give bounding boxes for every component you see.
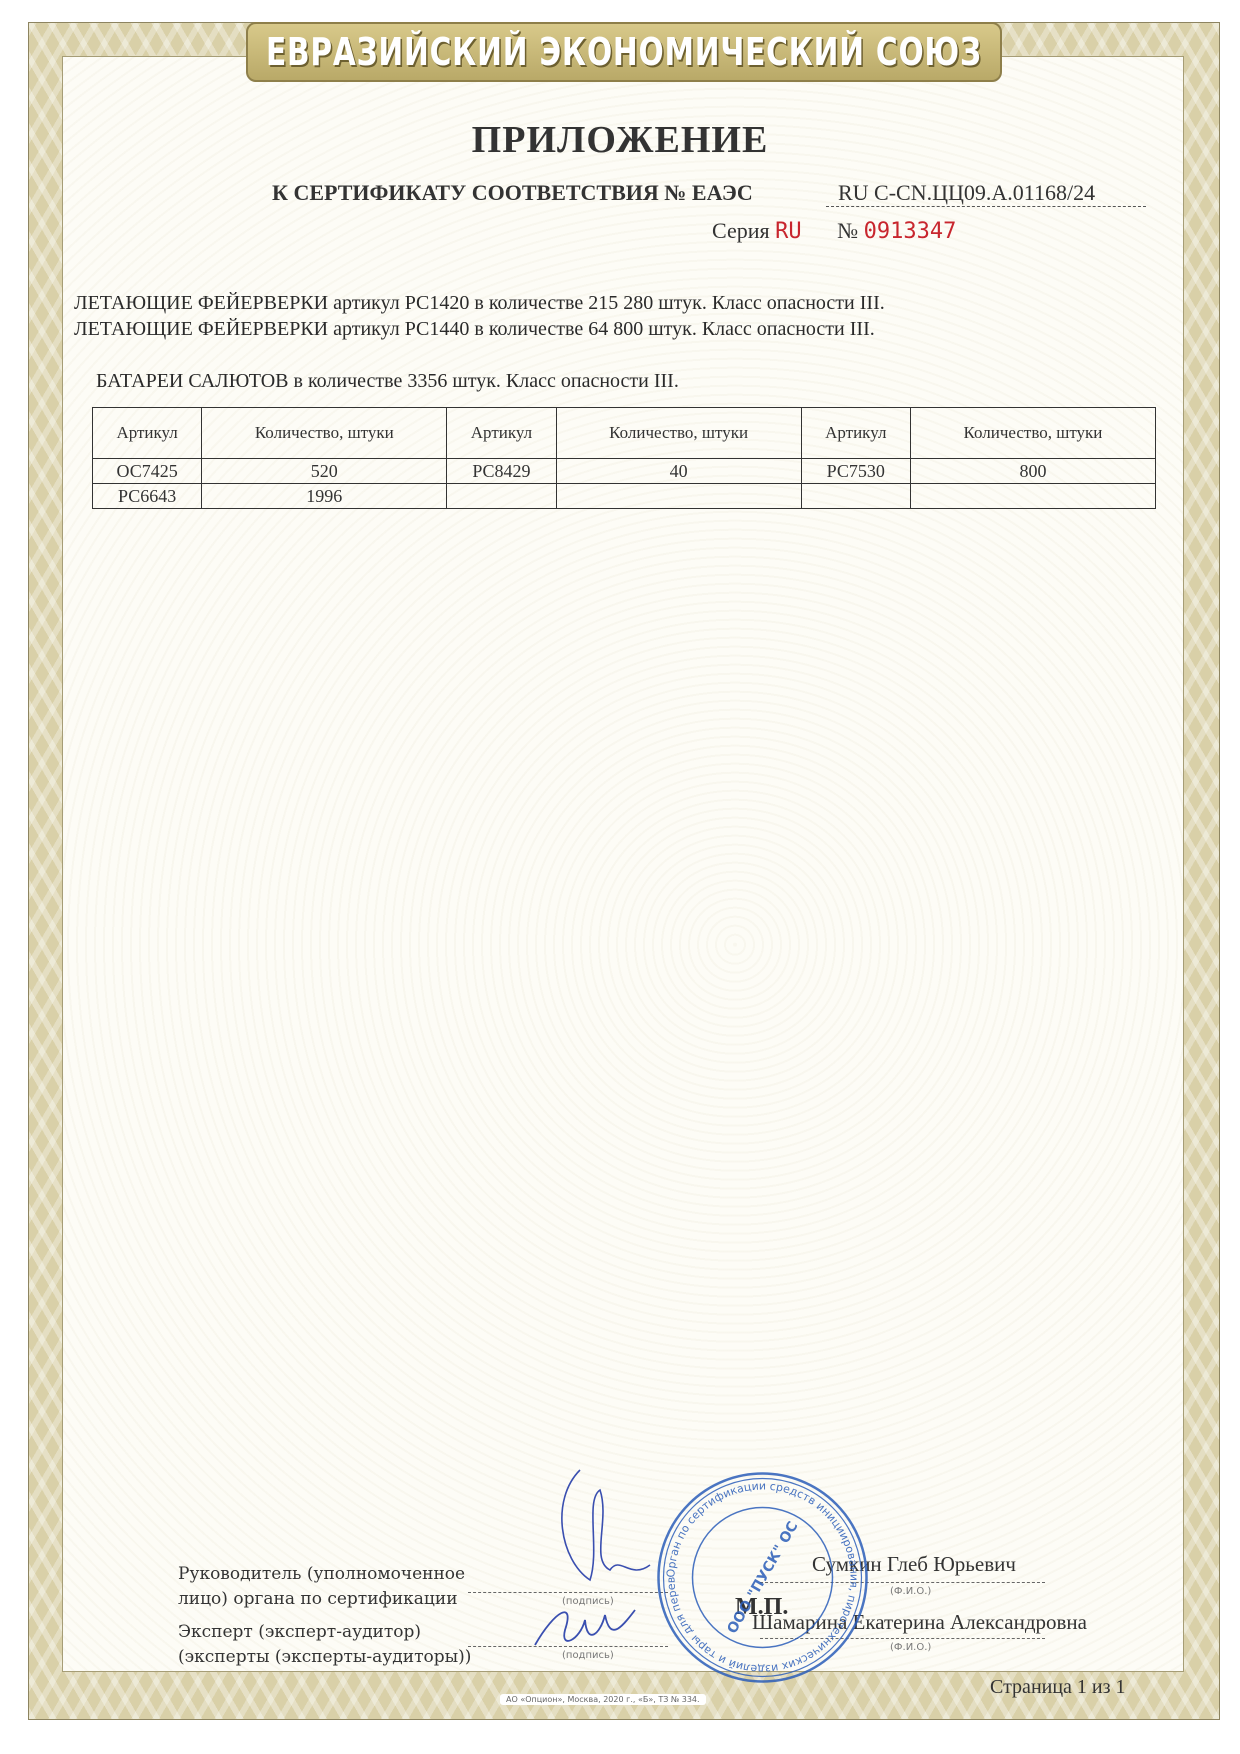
- printer-imprint: АО «Опцион», Москва, 2020 г., «Б», ТЗ № …: [500, 1694, 706, 1705]
- column-header: Артикул: [93, 408, 202, 459]
- table-cell: РС8429: [447, 459, 556, 484]
- product-line-1: ЛЕТАЮЩИЕ ФЕЙЕРВЕРКИ артикул РС1420 в кол…: [74, 292, 885, 315]
- document-title: ПРИЛОЖЕНИЕ: [0, 118, 1240, 162]
- table-cell: РС7530: [801, 459, 910, 484]
- product-line-2: ЛЕТАЮЩИЕ ФЕЙЕРВЕРКИ артикул РС1440 в кол…: [74, 318, 875, 341]
- certificate-number-value: RU C-CN.ЦЦ09.А.01168/24: [838, 180, 1095, 205]
- table-cell: 40: [556, 459, 801, 484]
- expert-name-caption: (Ф.И.О.): [890, 1642, 931, 1653]
- column-header: Количество, штуки: [556, 408, 801, 459]
- union-banner: ЕВРАЗИЙСКИЙ ЭКОНОМИЧЕСКИЙ СОЮЗ: [246, 22, 1002, 82]
- expert-label: Эксперт (эксперт-аудитор) (эксперты (экс…: [178, 1620, 471, 1670]
- official-stamp: Орган по сертификации средств инициирова…: [655, 1470, 870, 1685]
- union-banner-text: ЕВРАЗИЙСКИЙ ЭКОНОМИЧЕСКИЙ СОЮЗ: [266, 30, 982, 74]
- product-line-3: БАТАРЕИ САЛЮТОВ в количестве 3356 штук. …: [96, 370, 679, 393]
- series-label: Серия: [712, 218, 770, 243]
- column-header: Артикул: [801, 408, 910, 459]
- page-number: Страница 1 из 1: [990, 1676, 1126, 1699]
- table-cell: [910, 484, 1155, 509]
- column-header: Артикул: [447, 408, 556, 459]
- series-line: Серия RU № 0913347: [712, 218, 956, 244]
- items-table: Артикул Количество, штуки Артикул Количе…: [92, 407, 1156, 509]
- table-row: ОС7425 520 РС8429 40 РС7530 800: [93, 459, 1156, 484]
- table-header-row: Артикул Количество, штуки Артикул Количе…: [93, 408, 1156, 459]
- head-label: Руководитель (уполномоченное лицо) орган…: [178, 1562, 465, 1612]
- table-cell: 520: [202, 459, 447, 484]
- table-cell: РС6643: [93, 484, 202, 509]
- head-signature: [540, 1460, 670, 1600]
- table-cell: [801, 484, 910, 509]
- certificate-number: RU C-CN.ЦЦ09.А.01168/24: [826, 180, 1146, 207]
- stamp-inner-text: ООО "ПУСК" ОС: [724, 1519, 801, 1637]
- head-name-caption: (Ф.И.О.): [890, 1586, 931, 1597]
- expert-signature: [525, 1590, 645, 1660]
- column-header: Количество, штуки: [910, 408, 1155, 459]
- number-value: 0913347: [864, 219, 957, 244]
- table-cell: ОС7425: [93, 459, 202, 484]
- table-cell: 800: [910, 459, 1155, 484]
- table-row: РС6643 1996: [93, 484, 1156, 509]
- number-label: №: [837, 218, 858, 243]
- table-cell: 1996: [202, 484, 447, 509]
- certificate-label: К СЕРТИФИКАТУ СООТВЕТСТВИЯ № ЕАЭС: [272, 180, 753, 206]
- table-cell: [556, 484, 801, 509]
- series-value: RU: [775, 219, 802, 244]
- table-cell: [447, 484, 556, 509]
- column-header: Количество, штуки: [202, 408, 447, 459]
